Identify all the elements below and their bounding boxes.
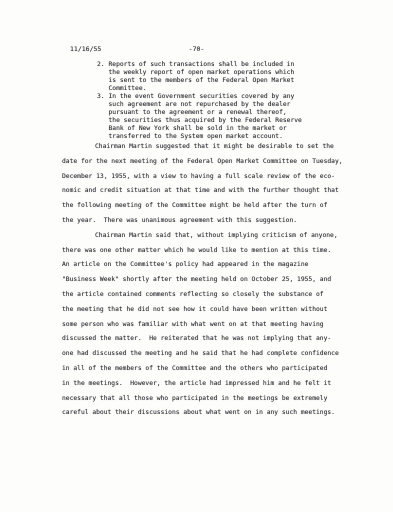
page-header: 11/16/55 -70- bbox=[0, 45, 393, 54]
paragraph-line: date for the next meeting of the Federal… bbox=[62, 155, 343, 170]
item-line: such agreement are not repurchased by th… bbox=[109, 101, 302, 109]
paragraph-line: Chairman Martin suggested that it might … bbox=[62, 140, 343, 155]
item-lines: In the event Government securities cover… bbox=[109, 93, 302, 141]
body-paragraphs: Chairman Martin suggested that it might … bbox=[62, 140, 343, 421]
item-line: the securities thus acquired by the Fede… bbox=[109, 117, 302, 125]
item-line: the weekly report of open market operati… bbox=[109, 69, 295, 77]
paragraph-line: some person who was familiar with what w… bbox=[62, 318, 343, 333]
paragraph-line: the meeting that he did not see how it c… bbox=[62, 303, 343, 318]
item-line: is sent to the members of the Federal Op… bbox=[109, 77, 295, 85]
paragraph-line: nomic and credit situation at that time … bbox=[62, 184, 343, 199]
paragraph-line: the following meeting of the Committee m… bbox=[62, 199, 343, 214]
item-line: In the event Government securities cover… bbox=[109, 93, 302, 101]
paragraph-line: there was one other matter which he woul… bbox=[62, 244, 343, 259]
item-line: Bank of New York shall be sold in the ma… bbox=[109, 125, 302, 133]
paragraph-line: necessary that all those who participate… bbox=[62, 392, 343, 407]
paragraph-line: An article on the Committee's policy had… bbox=[62, 258, 343, 273]
item-number: 2. bbox=[97, 61, 109, 69]
paragraph-line: one had discussed the meeting and he sai… bbox=[62, 347, 343, 362]
page-number: -70- bbox=[0, 45, 393, 54]
numbered-item: 3. In the event Government securities co… bbox=[97, 93, 302, 141]
numbered-list: 2. Reports of such transactions shall be… bbox=[97, 61, 302, 141]
item-number: 3. bbox=[97, 93, 109, 101]
paragraph-line: December 13, 1955, with a view to having… bbox=[62, 170, 343, 185]
numbered-item: 2. Reports of such transactions shall be… bbox=[97, 61, 302, 93]
paragraph-line: in the meetings. However, the article ha… bbox=[62, 377, 343, 392]
item-line: Committee. bbox=[109, 85, 295, 93]
paragraph-line: the article contained comments reflectin… bbox=[62, 288, 343, 303]
paragraph-line: discussed the matter. He reiterated that… bbox=[62, 332, 343, 347]
paragraph-line: careful about their discussions about wh… bbox=[62, 406, 343, 421]
paragraph-line: in all of the members of the Committee a… bbox=[62, 362, 343, 377]
paragraph-line: Chairman Martin said that, without imply… bbox=[62, 229, 343, 244]
paragraph-line: the year. There was unanimous agreement … bbox=[62, 214, 343, 229]
item-line: Reports of such transactions shall be in… bbox=[109, 61, 295, 69]
paragraph-line: "Business Week" shortly after the meetin… bbox=[62, 273, 343, 288]
item-lines: Reports of such transactions shall be in… bbox=[109, 61, 295, 93]
item-line: pursuant to the agreement or a renewal t… bbox=[109, 109, 302, 117]
scanned-document-page: 11/16/55 -70- 2. Reports of such transac… bbox=[0, 0, 393, 512]
